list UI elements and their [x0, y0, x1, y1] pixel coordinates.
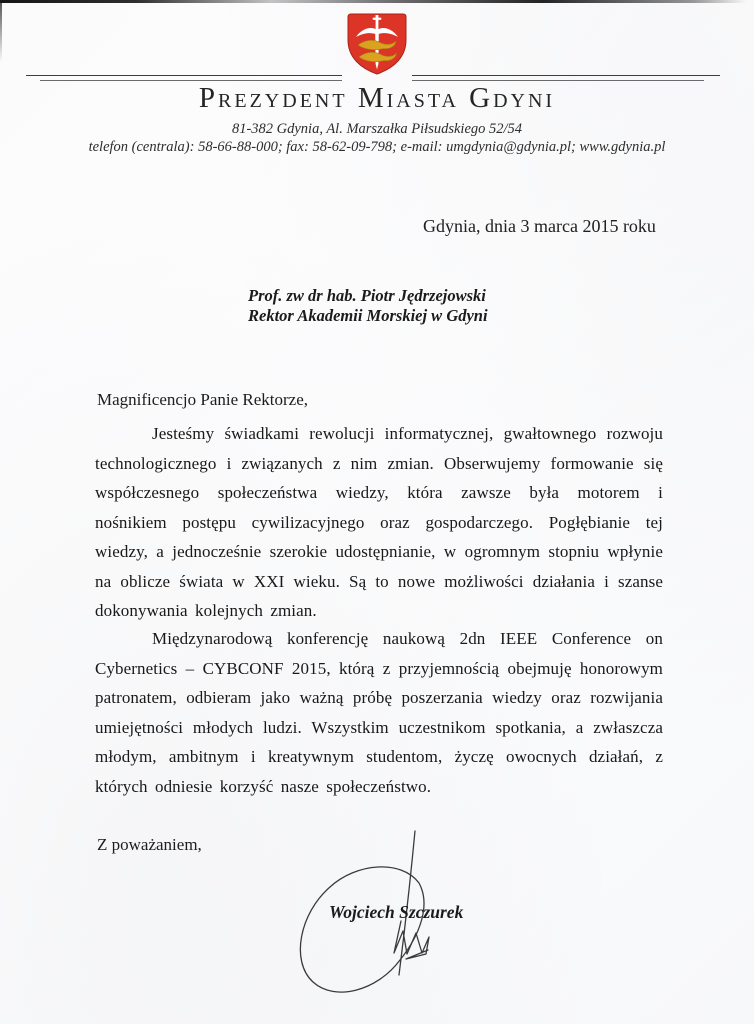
- scan-edge-artifact-top: [0, 0, 754, 3]
- header-rule-right-lower: [412, 80, 704, 81]
- gdynia-coat-of-arms-icon: [345, 12, 409, 76]
- body-paragraph-1: Jesteśmy świadkami rewolucji informatycz…: [95, 419, 663, 626]
- header-rule-right-upper: [412, 75, 720, 76]
- body-paragraph-2: Międzynarodową konferencję naukową 2dn I…: [95, 624, 663, 801]
- date-line: Gdynia, dnia 3 marca 2015 roku: [423, 216, 656, 237]
- scan-edge-artifact-left: [0, 0, 2, 62]
- header-rule-left-lower: [40, 80, 342, 81]
- header-rule-left-upper: [26, 75, 342, 76]
- salutation: Magnificencjo Panie Rektorze,: [97, 390, 308, 410]
- signer-name: Wojciech Szczurek: [329, 902, 463, 923]
- recipient-name: Prof. zw dr hab. Piotr Jędrzejowski: [248, 286, 488, 306]
- recipient-role: Rektor Akademii Morskiej w Gdyni: [248, 306, 488, 326]
- sender-title: Prezydent Miasta Gdyni: [0, 82, 754, 115]
- sender-contact-info: telefon (centrala): 58-66-88-000; fax: 5…: [0, 139, 754, 156]
- valediction: Z poważaniem,: [97, 835, 202, 855]
- recipient-block: Prof. zw dr hab. Piotr Jędrzejowski Rekt…: [248, 286, 488, 325]
- scanned-letter-page: Prezydent Miasta Gdyni 81-382 Gdynia, Al…: [0, 0, 754, 1024]
- sender-address: 81-382 Gdynia, Al. Marszałka Piłsudskieg…: [0, 121, 754, 138]
